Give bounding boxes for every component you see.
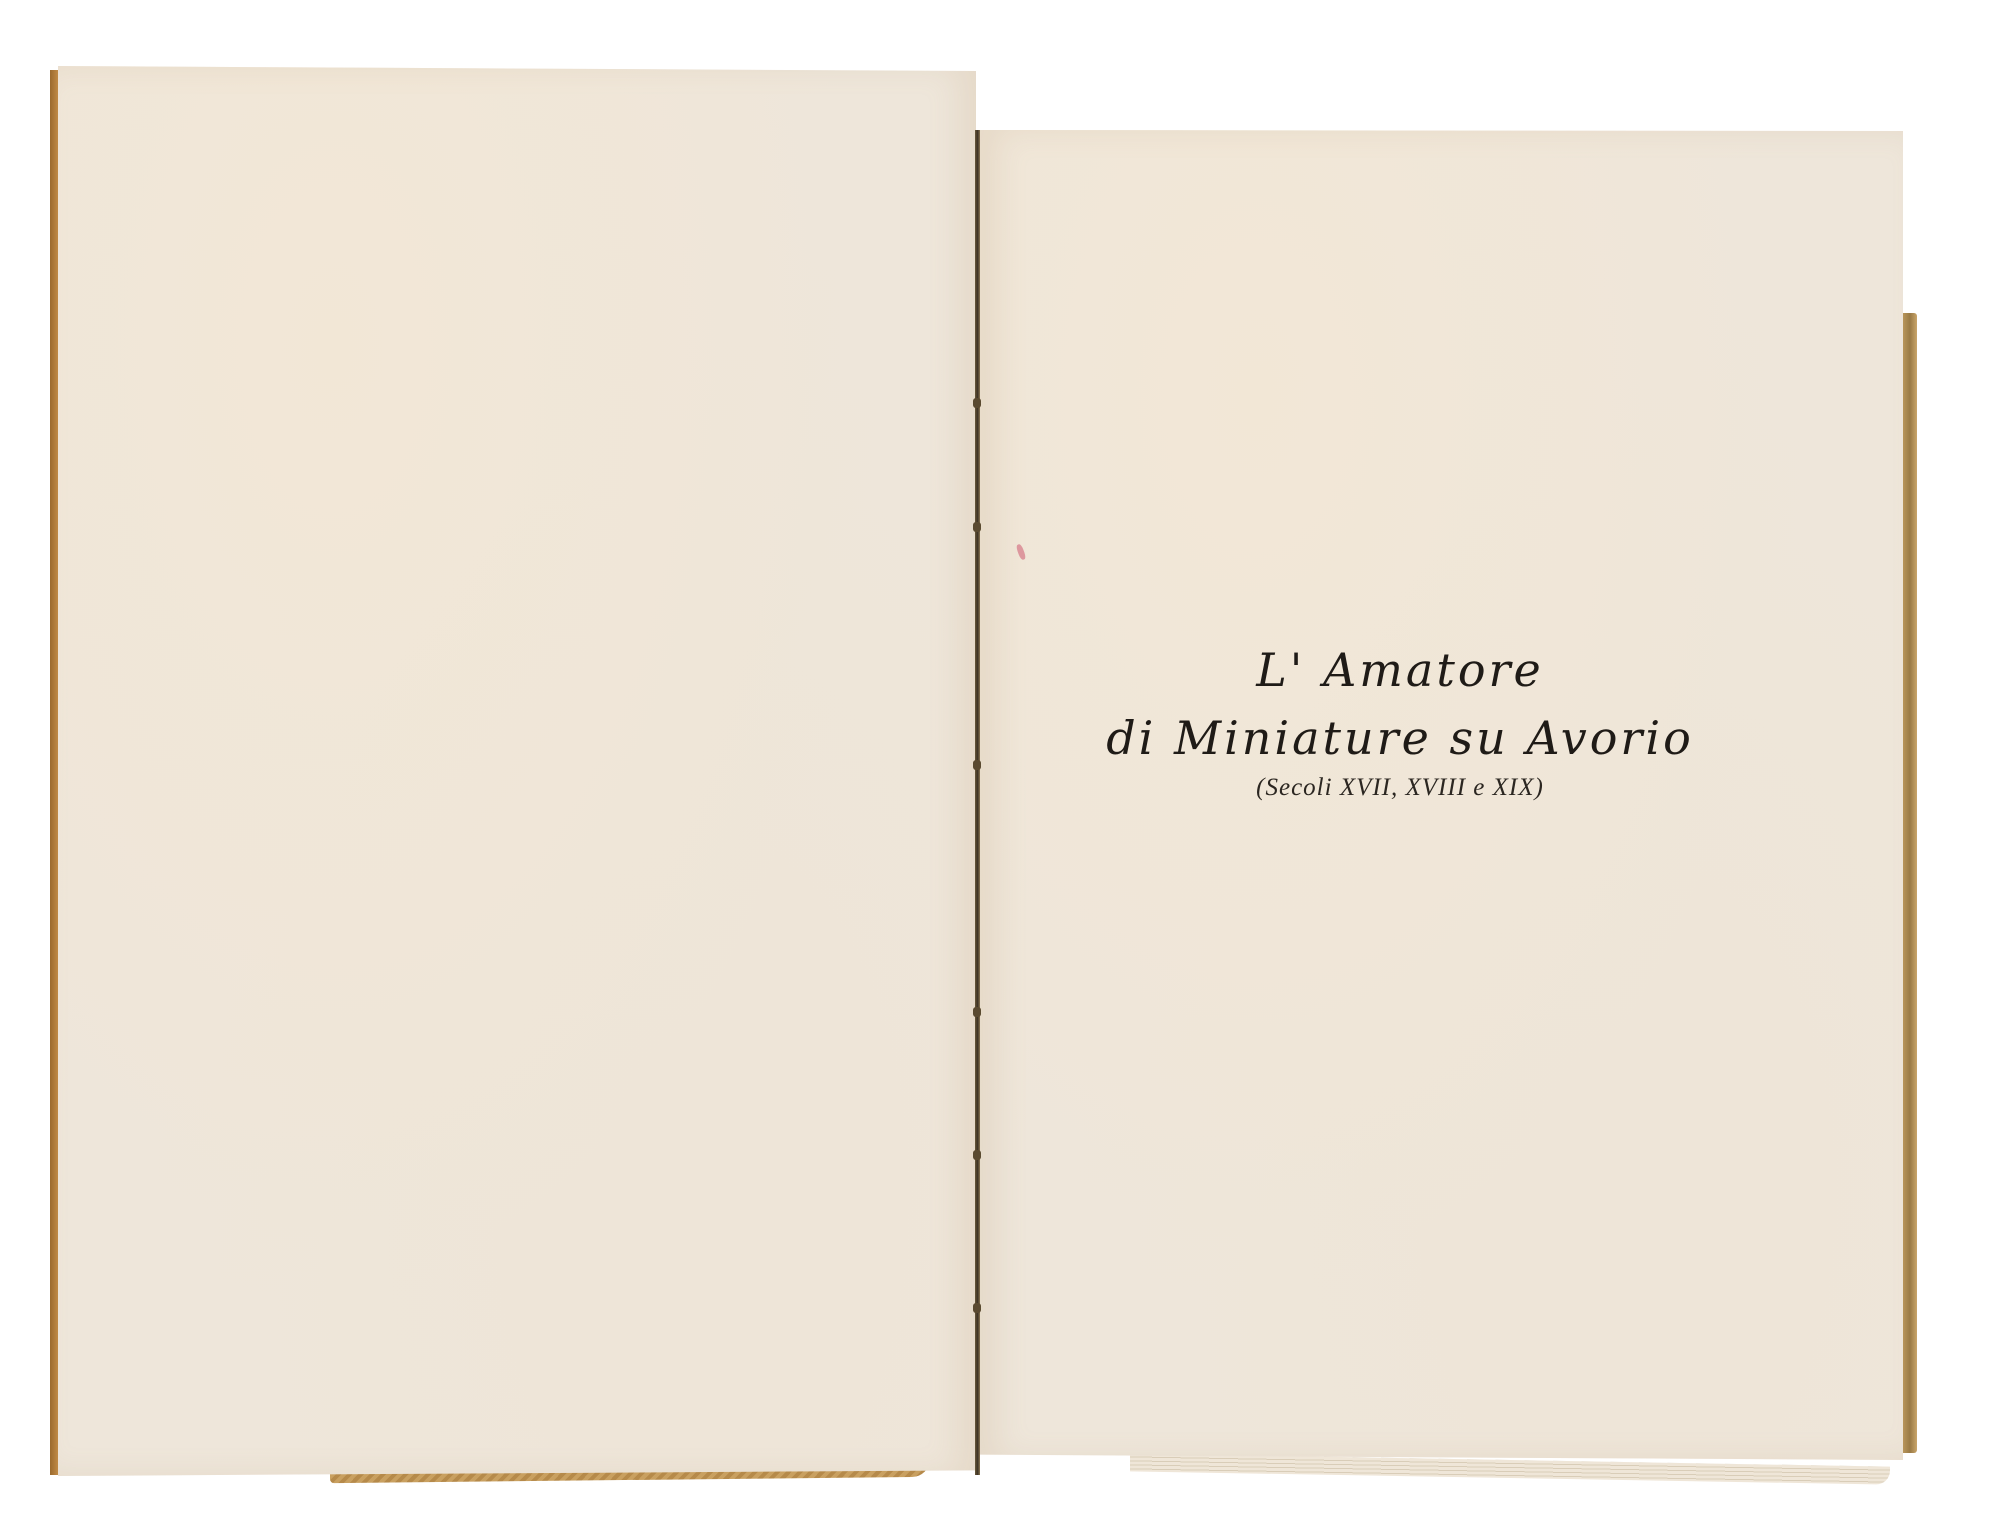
subtitle: (Secoli XVII, XVIII e XIX) — [1050, 774, 1750, 802]
open-book: L' Amatore di Miniature su Avorio (Secol… — [0, 0, 2000, 1539]
binding-stitch — [973, 1150, 981, 1160]
binding-stitch — [973, 1303, 981, 1313]
cover-edge-right — [1903, 313, 1917, 1453]
left-page — [58, 66, 976, 1476]
book-gutter — [975, 130, 980, 1475]
binding-stitch — [973, 398, 981, 408]
title-block: L' Amatore di Miniature su Avorio (Secol… — [1050, 640, 1750, 802]
title-line-1: L' Amatore — [1050, 640, 1750, 700]
binding-stitch — [973, 760, 981, 770]
title-line-2: di Miniature su Avorio — [1050, 706, 1750, 770]
cover-edge-left — [50, 70, 58, 1475]
binding-stitch — [973, 1007, 981, 1017]
binding-stitch — [973, 522, 981, 532]
